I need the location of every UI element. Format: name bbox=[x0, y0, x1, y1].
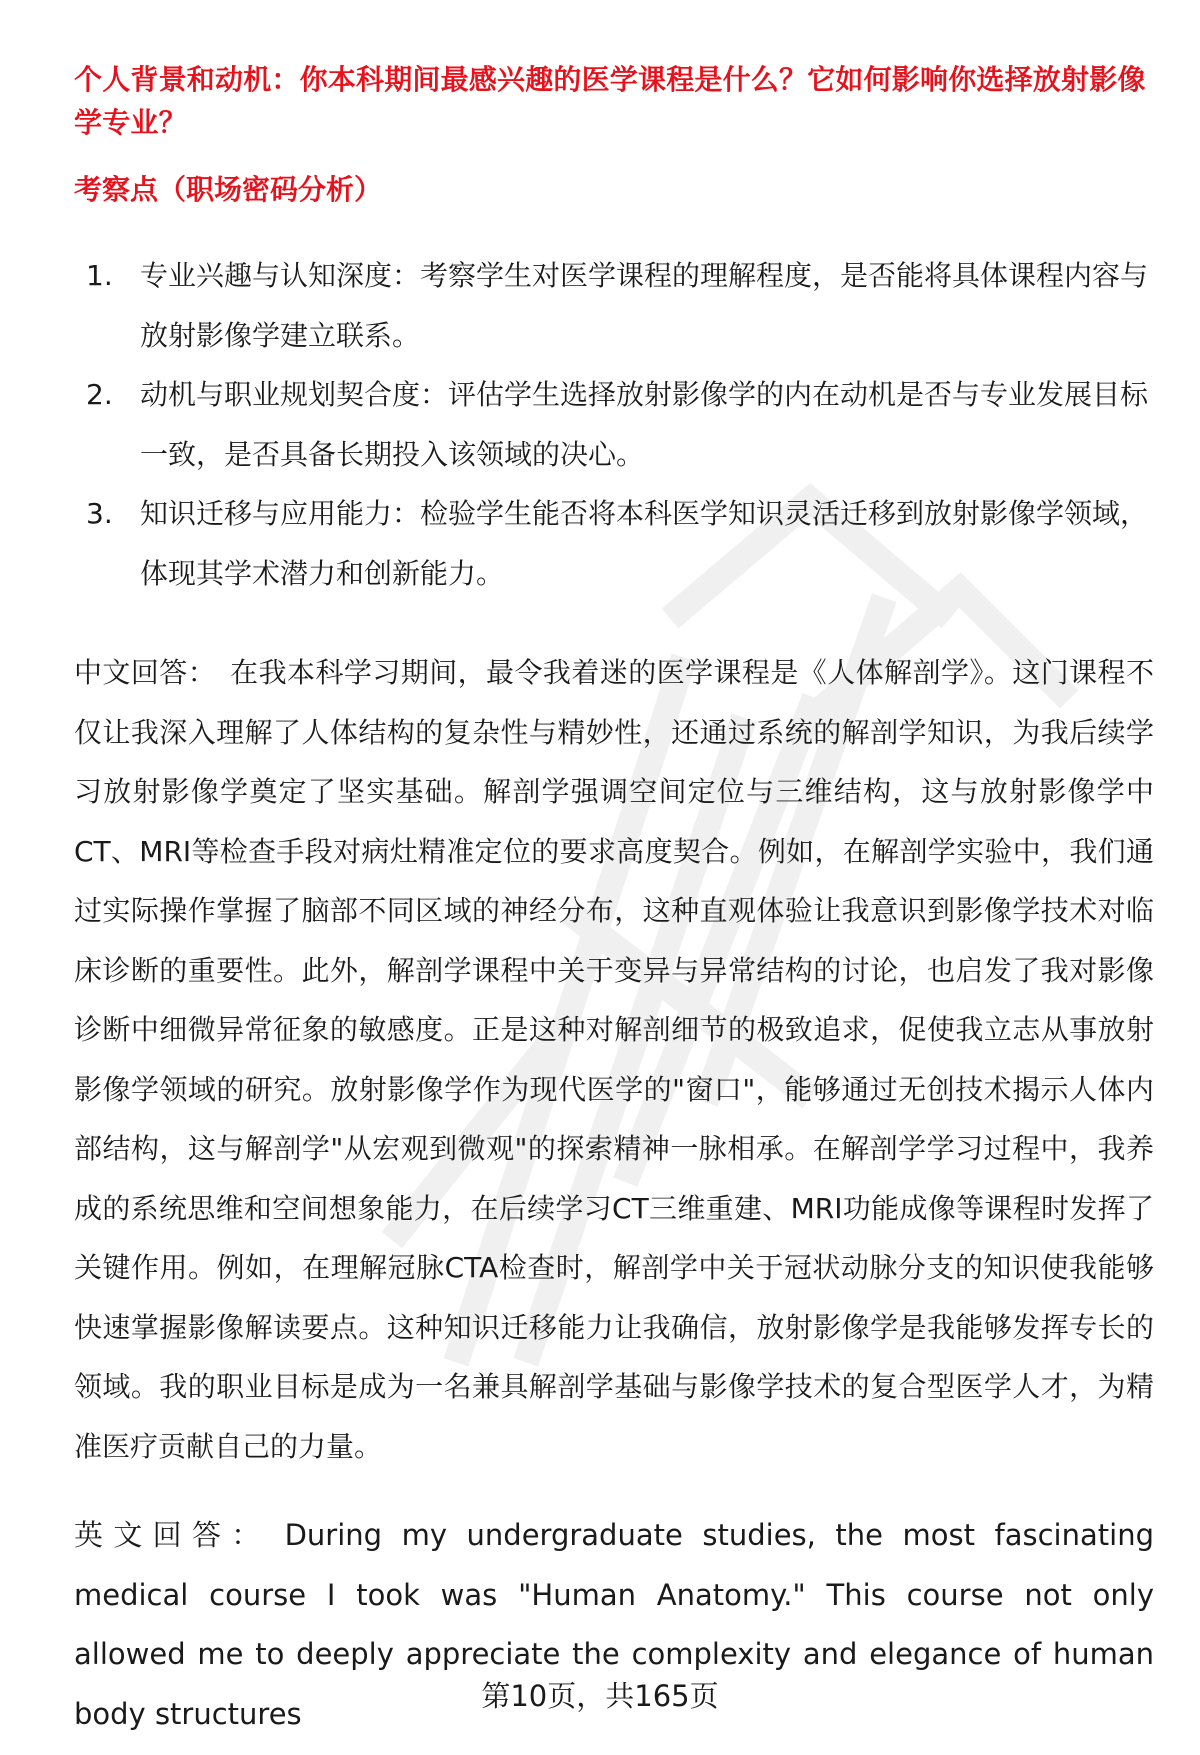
page-indicator: 第10页，共165页 bbox=[0, 1674, 1200, 1715]
criteria-text: 知识迁移与应用能力：检验学生能否将本科医学知识灵活迁移到放射影像学领域，体现其学… bbox=[140, 484, 1154, 603]
criteria-item: 3. 知识迁移与应用能力：检验学生能否将本科医学知识灵活迁移到放射影像学领域，体… bbox=[74, 484, 1154, 603]
criteria-text: 动机与职业规划契合度：评估学生选择放射影像学的内在动机是否与专业发展目标一致，是… bbox=[140, 365, 1154, 484]
criteria-number: 2. bbox=[74, 365, 140, 484]
analysis-heading: 考察点（职场密码分析） bbox=[74, 170, 1154, 210]
english-answer-label: 英文回答： bbox=[74, 1518, 271, 1552]
criteria-number: 3. bbox=[74, 484, 140, 603]
criteria-number: 1. bbox=[74, 246, 140, 365]
chinese-answer: 中文回答：在我本科学习期间，最令我着迷的医学课程是《人体解剖学》。这门课程不仅让… bbox=[74, 643, 1154, 1476]
criteria-item: 1. 专业兴趣与认知深度：考察学生对医学课程的理解程度，是否能将具体课程内容与放… bbox=[74, 246, 1154, 365]
criteria-text: 专业兴趣与认知深度：考察学生对医学课程的理解程度，是否能将具体课程内容与放射影像… bbox=[140, 246, 1154, 365]
chinese-answer-label: 中文回答： bbox=[74, 656, 216, 689]
question-title: 个人背景和动机：你本科期间最感兴趣的医学课程是什么？它如何影响你选择放射影像学专… bbox=[74, 58, 1154, 144]
analysis-criteria-list: 1. 专业兴趣与认知深度：考察学生对医学课程的理解程度，是否能将具体课程内容与放… bbox=[74, 246, 1154, 603]
criteria-item: 2. 动机与职业规划契合度：评估学生选择放射影像学的内在动机是否与专业发展目标一… bbox=[74, 365, 1154, 484]
document-page: 个人背景和动机：你本科期间最感兴趣的医学课程是什么？它如何影响你选择放射影像学专… bbox=[74, 58, 1154, 1744]
chinese-answer-text: 在我本科学习期间，最令我着迷的医学课程是《人体解剖学》。这门课程不仅让我深入理解… bbox=[74, 656, 1154, 1463]
